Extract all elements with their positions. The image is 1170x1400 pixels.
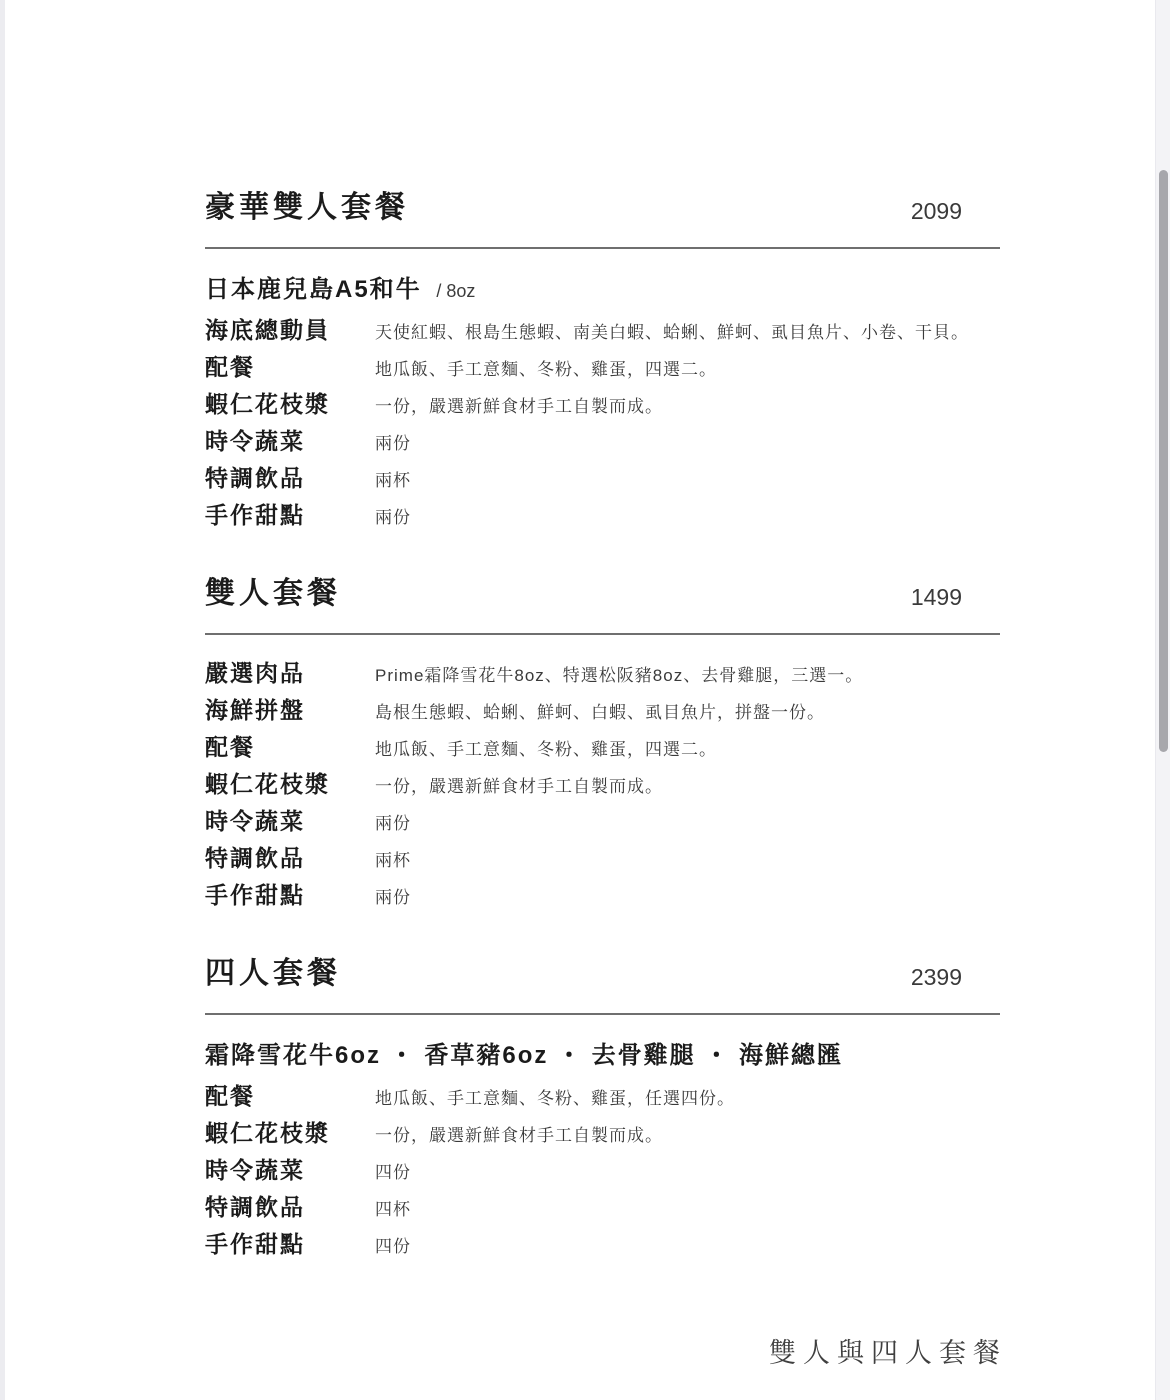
menu-section-double: 雙人套餐 1499 嚴選肉品 Prime霜降雪花牛8oz、特選松阪豬8oz、去骨…: [205, 576, 1000, 909]
row-description: 四份: [375, 1235, 411, 1258]
row-label: 蝦仁花枝漿: [205, 773, 375, 796]
row-label: 時令蔬菜: [205, 1159, 375, 1182]
menu-page: 豪華雙人套餐 2099 日本鹿兒島A5和牛 / 8oz 海底總動員 天使紅蝦、根…: [205, 190, 1000, 1270]
section-price: 2399: [911, 962, 1000, 992]
row-description: 地瓜飯、手工意麵、冬粉、雞蛋，四選二。: [375, 358, 717, 381]
section-price: 2099: [911, 196, 1000, 226]
section-divider: [205, 633, 1000, 635]
section-header: 四人套餐 2399: [205, 956, 1000, 992]
section-price: 1499: [911, 582, 1000, 612]
row-label: 手作甜點: [205, 1233, 375, 1256]
row-description: 兩杯: [375, 469, 411, 492]
menu-row: 海底總動員 天使紅蝦、根島生態蝦、南美白蝦、蛤蜊、鮮蚵、虱目魚片、小卷、干貝。: [205, 319, 1000, 344]
menu-row: 特調飲品 兩杯: [205, 847, 1000, 872]
row-label: 海鮮拼盤: [205, 699, 375, 722]
menu-row: 時令蔬菜 兩份: [205, 430, 1000, 455]
row-description: 兩份: [375, 506, 411, 529]
row-description: 天使紅蝦、根島生態蝦、南美白蝦、蛤蜊、鮮蚵、虱目魚片、小卷、干貝。: [375, 321, 969, 344]
row-description: Prime霜降雪花牛8oz、特選松阪豬8oz、去骨雞腿，三選一。: [375, 664, 863, 687]
menu-row: 手作甜點 四份: [205, 1233, 1000, 1258]
section-title: 豪華雙人套餐: [205, 190, 409, 226]
row-description: 兩份: [375, 886, 411, 909]
row-label: 蝦仁花枝漿: [205, 1122, 375, 1145]
menu-row: 時令蔬菜 兩份: [205, 810, 1000, 835]
row-description: 兩份: [375, 432, 411, 455]
menu-row: 蝦仁花枝漿 一份，嚴選新鮮食材手工自製而成。: [205, 1122, 1000, 1147]
row-label: 手作甜點: [205, 504, 375, 527]
menu-row: 配餐 地瓜飯、手工意麵、冬粉、雞蛋，四選二。: [205, 356, 1000, 381]
section-title: 四人套餐: [205, 956, 341, 992]
row-label: 海底總動員: [205, 319, 375, 342]
row-label: 蝦仁花枝漿: [205, 393, 375, 416]
row-label: 時令蔬菜: [205, 430, 375, 453]
row-label: 特調飲品: [205, 1196, 375, 1219]
row-description: 四杯: [375, 1198, 411, 1221]
menu-row: 蝦仁花枝漿 一份，嚴選新鮮食材手工自製而成。: [205, 773, 1000, 798]
row-description: 地瓜飯、手工意麵、冬粉、雞蛋，任選四份。: [375, 1087, 735, 1110]
row-label: 配餐: [205, 736, 375, 759]
menu-row: 嚴選肉品 Prime霜降雪花牛8oz、特選松阪豬8oz、去骨雞腿，三選一。: [205, 662, 1000, 687]
headline-text: 日本鹿兒島A5和牛: [205, 276, 422, 303]
page-footer-label: 雙人與四人套餐: [769, 1331, 1007, 1370]
section-divider: [205, 1013, 1000, 1015]
menu-row: 海鮮拼盤 島根生態蝦、蛤蜊、鮮蚵、白蝦、虱目魚片，拼盤一份。: [205, 699, 1000, 724]
section-divider: [205, 247, 1000, 249]
row-label: 特調飲品: [205, 467, 375, 490]
row-description: 兩份: [375, 812, 411, 835]
row-description: 一份，嚴選新鮮食材手工自製而成。: [375, 775, 663, 798]
row-label: 時令蔬菜: [205, 810, 375, 833]
row-description: 兩杯: [375, 849, 411, 872]
menu-row: 配餐 地瓜飯、手工意麵、冬粉、雞蛋，四選二。: [205, 736, 1000, 761]
headline-item: 日本鹿兒島A5和牛 / 8oz: [205, 276, 1000, 305]
row-label: 手作甜點: [205, 884, 375, 907]
headline-text: 霜降雪花牛6oz ・ 香草豬6oz ・ 去骨雞腿 ・ 海鮮總匯: [205, 1042, 843, 1069]
menu-row: 手作甜點 兩份: [205, 504, 1000, 529]
menu-section-four-person: 四人套餐 2399 霜降雪花牛6oz ・ 香草豬6oz ・ 去骨雞腿 ・ 海鮮總…: [205, 956, 1000, 1258]
scrollbar-thumb[interactable]: [1159, 170, 1168, 752]
menu-row: 特調飲品 四杯: [205, 1196, 1000, 1221]
row-description: 島根生態蝦、蛤蜊、鮮蚵、白蝦、虱目魚片，拼盤一份。: [375, 701, 825, 724]
menu-section-deluxe-double: 豪華雙人套餐 2099 日本鹿兒島A5和牛 / 8oz 海底總動員 天使紅蝦、根…: [205, 190, 1000, 529]
row-label: 嚴選肉品: [205, 662, 375, 685]
headline-item: 霜降雪花牛6oz ・ 香草豬6oz ・ 去骨雞腿 ・ 海鮮總匯: [205, 1042, 1000, 1071]
menu-row: 蝦仁花枝漿 一份，嚴選新鮮食材手工自製而成。: [205, 393, 1000, 418]
row-description: 一份，嚴選新鮮食材手工自製而成。: [375, 1124, 663, 1147]
menu-row: 特調飲品 兩杯: [205, 467, 1000, 492]
section-header: 豪華雙人套餐 2099: [205, 190, 1000, 226]
row-label: 配餐: [205, 356, 375, 379]
section-title: 雙人套餐: [205, 576, 341, 612]
menu-row: 配餐 地瓜飯、手工意麵、冬粉、雞蛋，任選四份。: [205, 1085, 1000, 1110]
menu-row: 手作甜點 兩份: [205, 884, 1000, 909]
row-label: 配餐: [205, 1085, 375, 1108]
page-left-edge: [0, 0, 5, 1400]
row-description: 四份: [375, 1161, 411, 1184]
section-header: 雙人套餐 1499: [205, 576, 1000, 612]
headline-suffix: / 8oz: [436, 281, 475, 301]
menu-row: 時令蔬菜 四份: [205, 1159, 1000, 1184]
row-description: 地瓜飯、手工意麵、冬粉、雞蛋，四選二。: [375, 738, 717, 761]
row-description: 一份，嚴選新鮮食材手工自製而成。: [375, 395, 663, 418]
scrollbar-track[interactable]: [1155, 0, 1170, 1400]
row-label: 特調飲品: [205, 847, 375, 870]
